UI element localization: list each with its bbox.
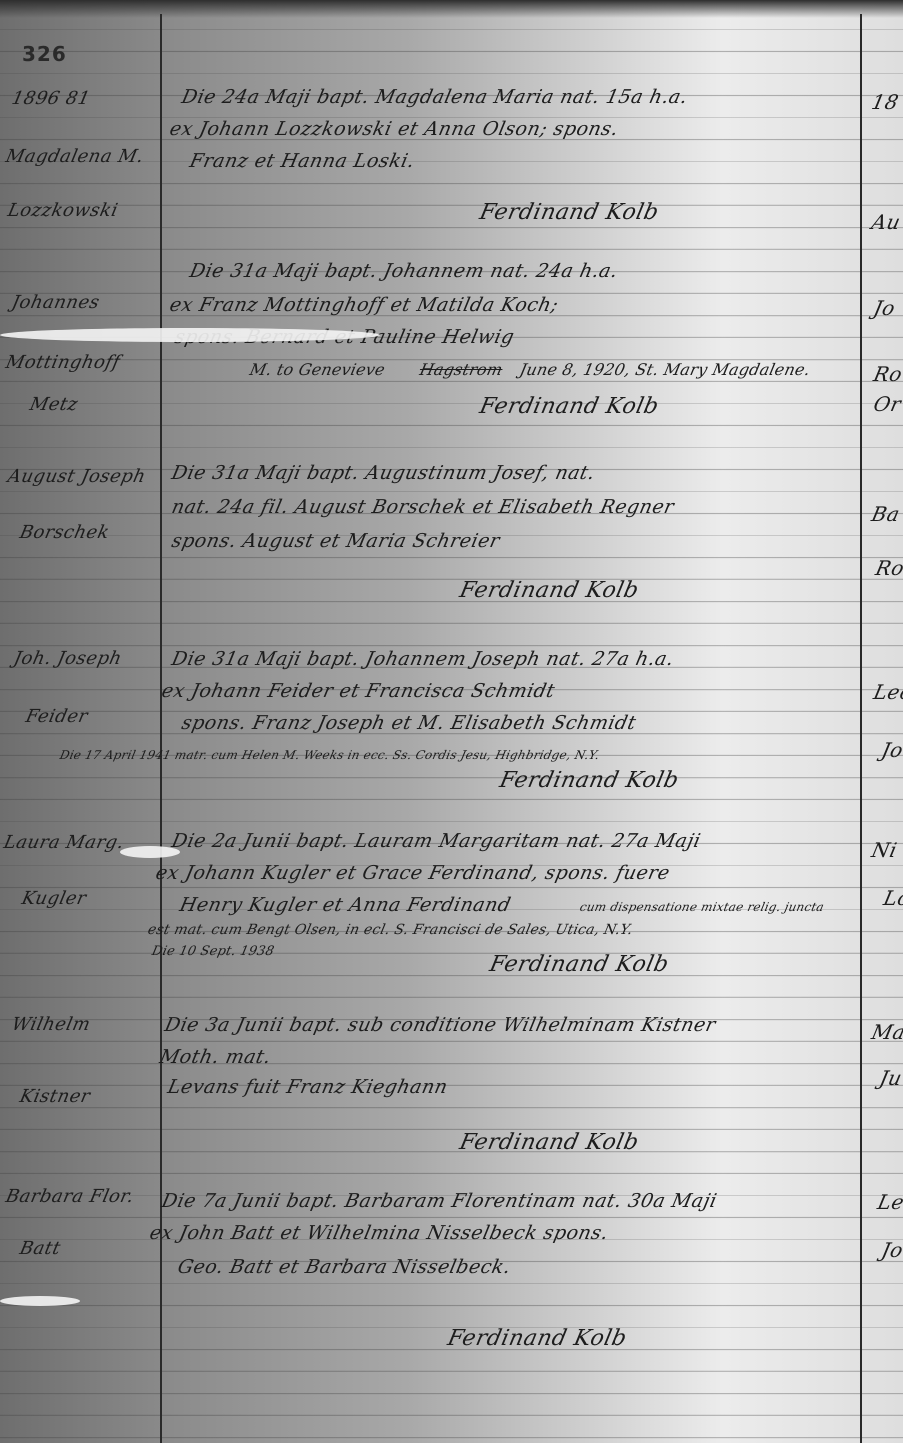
paper-tear [120,846,180,858]
facing-fragment: Ro [871,362,903,386]
entry-line: Geo. Batt et Barbara Nisselbeck. [176,1256,513,1278]
entry-line: spons. August et Maria Schreier [170,530,502,552]
facing-fragment: Ba [869,502,902,526]
margin-surname: Borschek [18,522,112,543]
paper-tear [0,1296,80,1306]
priest-signature: Ferdinand Kolb [487,952,671,977]
margin-surname: Batt [18,1238,63,1259]
margin-given-name: Barbara Flor. [4,1186,136,1207]
priest-signature: Ferdinand Kolb [477,200,661,225]
facing-fragment: Lo [881,886,903,910]
register-page: 326 1896 81 Magdalena M. Lozzkowski Die … [0,0,903,1443]
margin-year: 1896 81 [10,88,92,109]
margin-surname: Kistner [18,1086,92,1107]
page-top-shadow [0,0,903,18]
entry-line: ex Johann Lozzkowski et Anna Olson; spon… [168,118,621,140]
facing-fragment: Au [869,210,902,234]
paper-tear [0,328,380,342]
margin-given-name: Laura Marg. [2,832,126,853]
facing-fragment: Ni [869,838,899,862]
facing-fragment: Leo [871,680,903,704]
margin-surname: Kugler [20,888,89,909]
entry-line: Die 24a Maji bapt. Magdalena Maria nat. … [180,86,690,108]
entry-line: spons. Franz Joseph et M. Elisabeth Schm… [180,712,639,734]
priest-signature: Ferdinand Kolb [457,1130,641,1155]
struck-annotation: Hagstrom [418,360,504,379]
page-number: 326 [22,42,67,66]
priest-signature: Ferdinand Kolb [497,768,681,793]
entry-line: Levans fuit Franz Kieghann [166,1076,450,1098]
entry-line: Franz et Hanna Loski. [188,150,417,172]
entry-line: ex Johann Feider et Francisca Schmidt [160,680,557,702]
marriage-date: Die 10 Sept. 1938 [150,944,275,959]
entry-line: Die 31a Maji bapt. Johannem nat. 24a h.a… [188,260,620,282]
marriage-annotation-prefix: M. to Genevieve [248,360,387,379]
marriage-annotation: cum dispensatione mixtae relig. juncta [579,900,826,914]
facing-fragment: Le [875,1190,903,1214]
marriage-annotation: June 8, 1920, St. Mary Magdalene. [518,360,812,379]
priest-signature: Ferdinand Kolb [445,1326,629,1351]
margin-given-name: Magdalena M. [4,146,146,167]
margin-surname: Feider [24,706,90,727]
facing-fragment: Jo [879,1238,903,1262]
facing-fragment: Jo [879,738,903,762]
entry-line: ex John Batt et Wilhelmina Nisselbeck sp… [148,1222,611,1244]
margin-given-name: August Joseph [6,466,148,487]
facing-fragment: 18 [869,90,901,114]
entry-line: Moth. mat. [158,1046,274,1068]
entry-line: nat. 24a fil. August Borschek et Elisabe… [170,496,677,518]
entry-line: Die 7a Junii bapt. Barbaram Florentinam … [160,1190,719,1212]
margin-given-name: Joh. Joseph [12,648,124,669]
entry-line: ex Johann Kugler et Grace Ferdinand, spo… [154,862,672,884]
right-column-rule [860,14,862,1443]
facing-fragment: Ro [873,556,903,580]
margin-surname: Lozzkowski [6,200,120,221]
entry-line: Die 31a Maji bapt. Johannem Joseph nat. … [170,648,676,670]
margin-annotation: Metz [28,394,80,415]
margin-given-name: Johannes [10,292,102,313]
marriage-annotation: Die 17 April 1941 matr. cum Helen M. Wee… [59,748,601,762]
entry-line: Henry Kugler et Anna Ferdinand [178,894,513,916]
entry-line: Die 3a Junii bapt. sub conditione Wilhel… [163,1014,718,1036]
entry-line: ex Franz Mottinghoff et Matilda Koch; [168,294,561,316]
facing-fragment: Or [871,392,903,416]
marriage-annotation: est mat. cum Bengt Olsen, in ecl. S. Fra… [146,922,634,938]
priest-signature: Ferdinand Kolb [477,394,661,419]
facing-fragment: Ma [869,1020,903,1044]
facing-fragment: Ju [877,1066,903,1090]
margin-surname: Mottinghoff [4,352,122,373]
margin-given-name: Wilhelm [10,1014,93,1035]
priest-signature: Ferdinand Kolb [457,578,641,603]
entry-line: Die 2a Junii bapt. Lauram Margaritam nat… [170,830,703,852]
entry-line: Die 31a Maji bapt. Augustinum Josef, nat… [170,462,598,484]
